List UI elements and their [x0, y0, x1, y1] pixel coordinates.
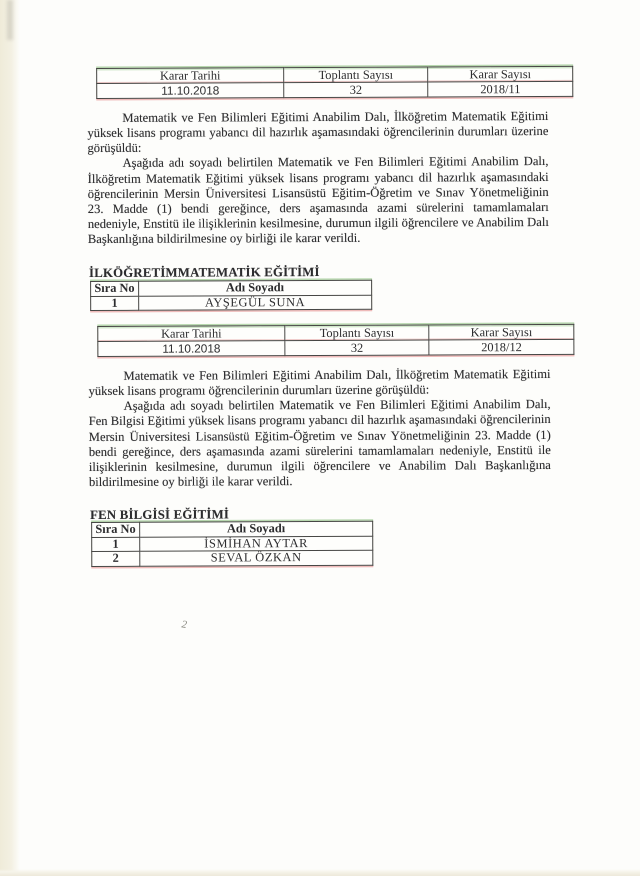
table-row: Karar Tarihi Toplantı Sayısı Karar Sayıs… — [97, 66, 573, 83]
meeting-number-value: 32 — [284, 82, 428, 98]
table-row: Karar Tarihi Toplantı Sayısı Karar Sayıs… — [98, 324, 574, 341]
table-row: 2 SEVAL ÖZKAN — [92, 550, 373, 566]
table-row: 11.10.2018 32 2018/12 — [98, 339, 574, 356]
student-name: AYŞEGÜL SUNA — [138, 295, 371, 311]
row-number: 1 — [92, 537, 140, 552]
table-row: 1 AYŞEGÜL SUNA — [91, 295, 372, 311]
decision-date-header: Karar Tarihi — [98, 326, 285, 342]
table-row: 1 İSMİHAN AYTAR — [92, 536, 373, 552]
decision-info-table-2: Karar Tarihi Toplantı Sayısı Karar Sayıs… — [97, 324, 574, 357]
student-name: SEVAL ÖZKAN — [140, 550, 373, 566]
scanned-document-page: Karar Tarihi Toplantı Sayısı Karar Sayıs… — [0, 0, 640, 876]
paragraph: Matematik ve Fen Bilimleri Eğitimi Anabi… — [88, 367, 550, 399]
row-number: 2 — [92, 551, 140, 566]
adi-soyadi-header: Adı Soyadı — [139, 521, 372, 537]
decision-number-value: 2018/11 — [428, 81, 573, 97]
row-number: 1 — [91, 296, 139, 311]
decision-number-header: Karar Sayısı — [428, 66, 573, 82]
section-heading-ilkogretim-matematik: İLKÖĞRETİMMATEMATİK EĞİTİMİ — [89, 265, 320, 281]
table-header-row: Sıra No Adı Soyadı — [91, 280, 372, 296]
adi-soyadi-header: Adı Soyadı — [138, 280, 371, 296]
paragraph: Aşağıda adı soyadı belirtilen Matematik … — [88, 154, 549, 247]
meeting-number-value: 32 — [285, 340, 429, 356]
student-list-table-2: Sıra No Adı Soyadı 1 İSMİHAN AYTAR 2 SEV… — [91, 521, 373, 567]
decision-text-section-2: Matematik ve Fen Bilimleri Eğitimi Anabi… — [88, 367, 551, 490]
sira-no-header: Sıra No — [91, 281, 139, 296]
student-name: İSMİHAN AYTAR — [139, 536, 372, 552]
paragraph: Matematik ve Fen Bilimleri Eğitimi Anabi… — [87, 109, 548, 156]
meeting-number-header: Toplantı Sayısı — [285, 325, 429, 341]
faint-page-mark: 2 — [181, 619, 188, 631]
table-header-row: Sıra No Adı Soyadı — [92, 521, 373, 537]
decision-date-value: 11.10.2018 — [98, 341, 285, 357]
table-row: 11.10.2018 32 2018/11 — [97, 81, 573, 98]
sira-no-header: Sıra No — [92, 522, 140, 537]
meeting-number-header: Toplantı Sayısı — [284, 67, 428, 83]
decision-number-value: 2018/12 — [429, 339, 574, 355]
decision-info-table-1: Karar Tarihi Toplantı Sayısı Karar Sayıs… — [96, 66, 573, 99]
decision-date-value: 11.10.2018 — [97, 83, 284, 99]
decision-date-header: Karar Tarihi — [97, 68, 284, 84]
decision-text-section-1: Matematik ve Fen Bilimleri Eğitimi Anabi… — [87, 109, 549, 247]
student-list-table-1: Sıra No Adı Soyadı 1 AYŞEGÜL SUNA — [90, 280, 372, 311]
document-content: Karar Tarihi Toplantı Sayısı Karar Sayıs… — [0, 0, 640, 876]
paragraph: Aşağıda adı soyadı belirtilen Matematik … — [89, 397, 551, 490]
decision-number-header: Karar Sayısı — [429, 324, 574, 340]
